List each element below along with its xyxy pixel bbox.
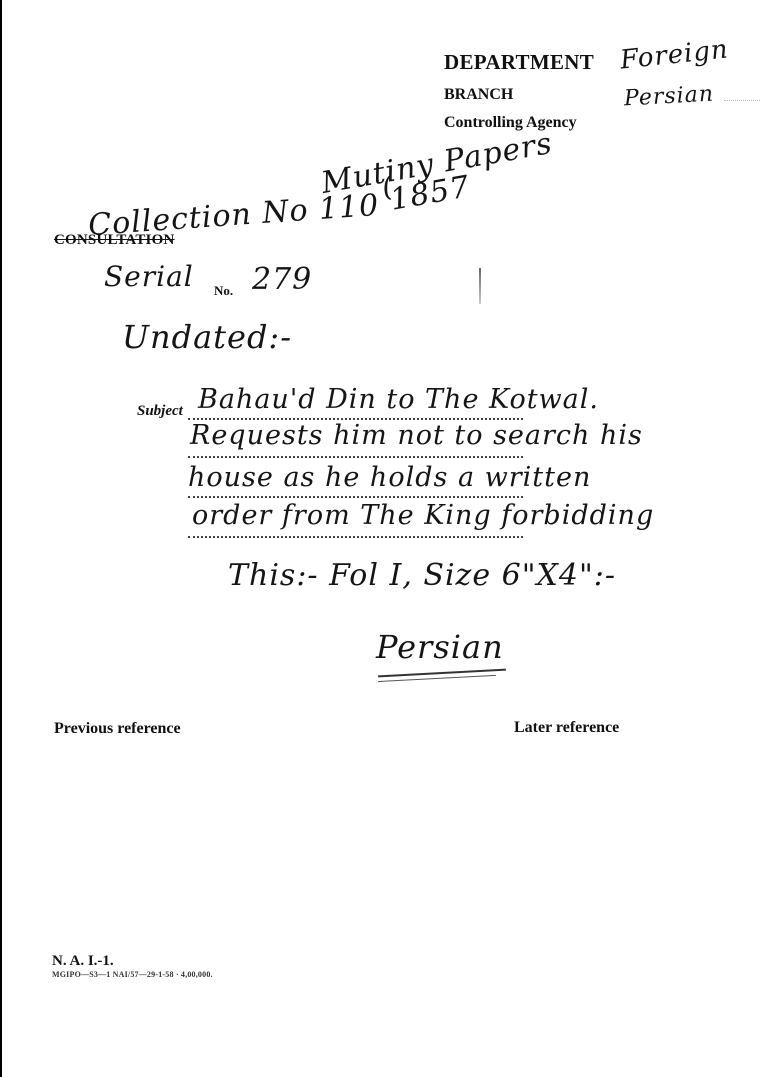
serial-number: 279 — [252, 262, 312, 297]
serial-no-label: No. — [214, 283, 233, 299]
subject-dotted-line — [188, 456, 523, 458]
department-label: DEPARTMENT — [444, 50, 594, 75]
page-left-edge — [0, 0, 2, 1077]
later-reference-label: Later reference — [514, 719, 619, 737]
controlling-agency-label: Controlling Agency — [444, 114, 577, 132]
subject-dotted-line — [188, 496, 523, 498]
date-note: Undated:- — [122, 318, 292, 356]
department-value: Foreign — [619, 34, 730, 75]
consultation-label-struck: CONSULTATION — [54, 232, 175, 249]
subject-dotted-line — [188, 536, 523, 538]
subject-line: This:- Fol I, Size 6"X4":- — [228, 558, 616, 593]
pencil-mark — [479, 268, 481, 304]
form-identifier: N. A. I.-1. — [52, 953, 114, 970]
branch-dotted-line — [724, 100, 760, 101]
serial-label-handwritten: Serial — [104, 260, 194, 293]
branch-label: BRANCH — [444, 86, 513, 104]
print-code: MGIPO—S3—1 NAI/57—29-1-58 · 4,00,000. — [52, 970, 213, 979]
subject-line: Bahau'd Din to The Kotwal. — [198, 384, 599, 415]
language-note: Persian — [376, 628, 504, 666]
subject-line: order from The King forbidding — [192, 500, 654, 531]
subject-line: Requests him not to search his — [190, 420, 643, 451]
branch-value: Persian — [623, 82, 714, 112]
previous-reference-label: Previous reference — [54, 720, 181, 738]
subject-label: Subject — [137, 403, 183, 420]
subject-line: house as he holds a written — [188, 462, 591, 493]
